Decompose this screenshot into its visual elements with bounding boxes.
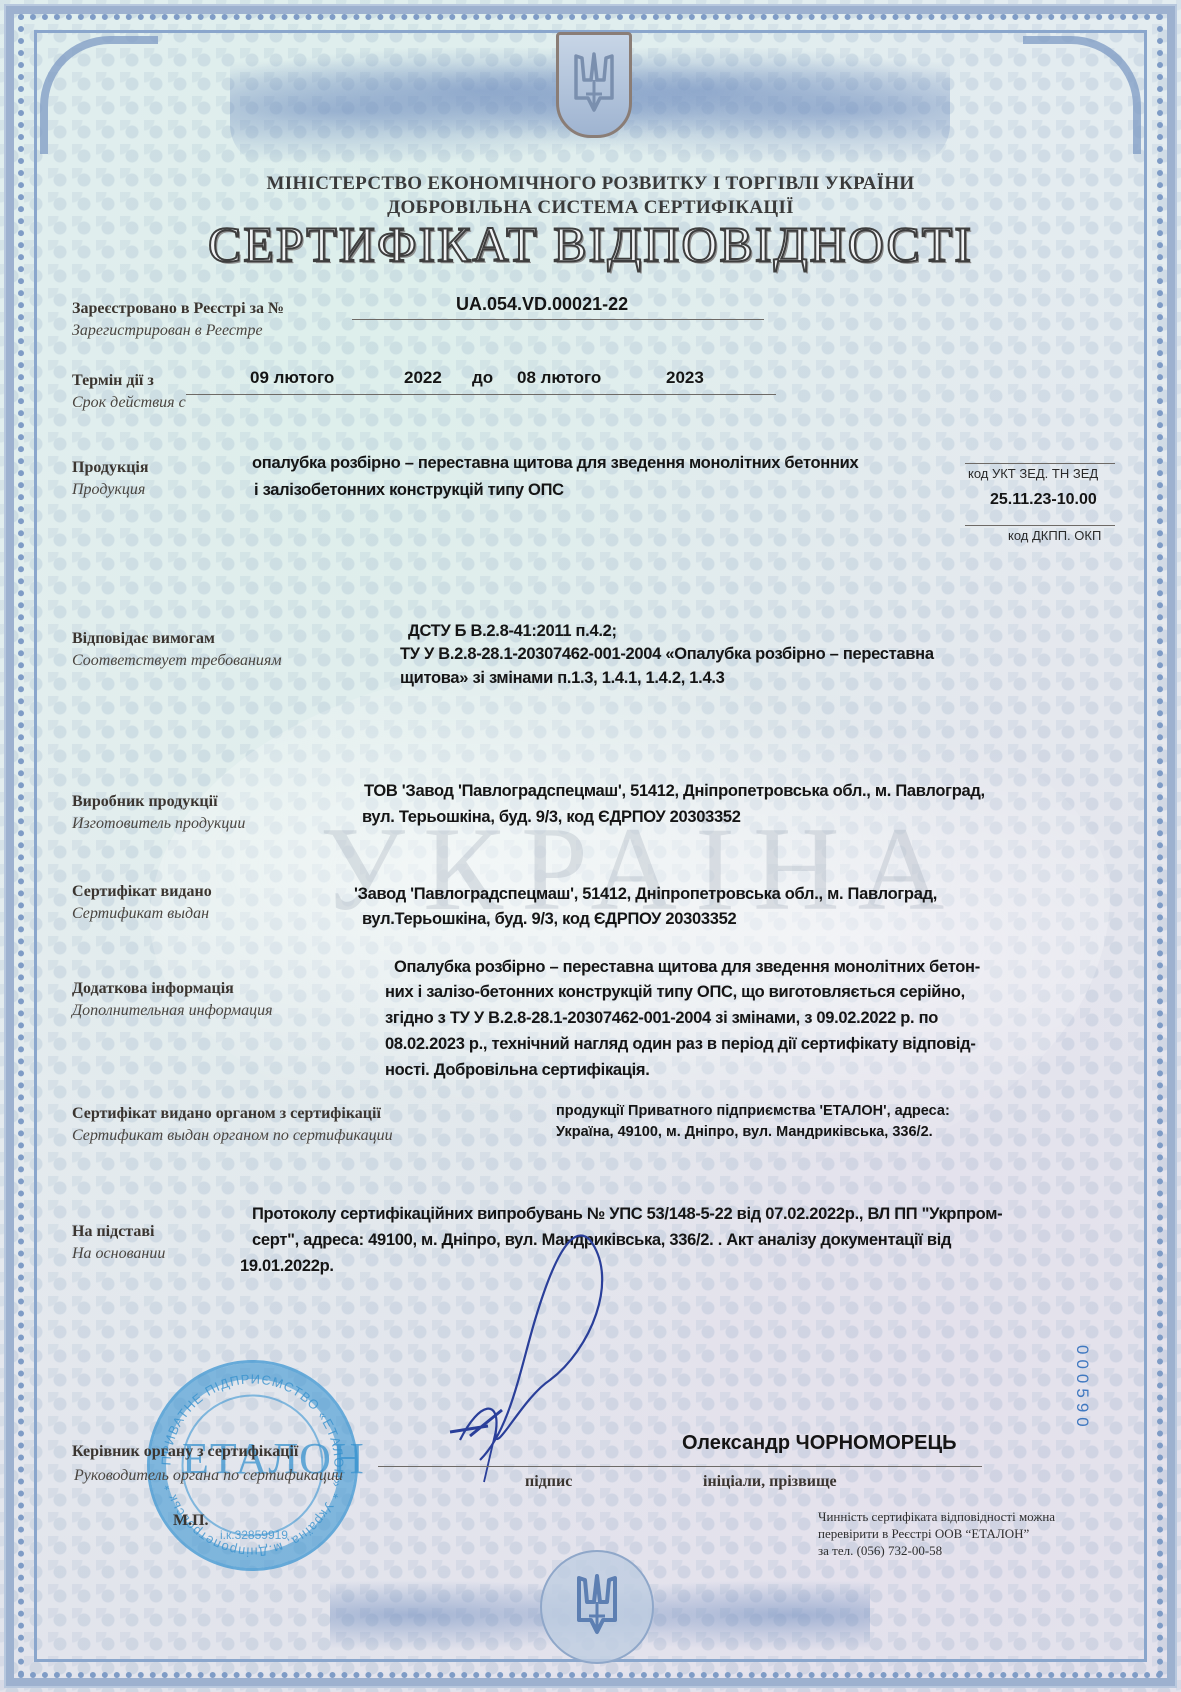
requirements-label-ua: Відповідає вимогам (72, 630, 282, 648)
ukt-code-label: код УКТ ЗЕД. ТН ЗЕД (968, 466, 1098, 481)
additional-info-line-4: 08.02.2023 р., технічний нагляд один раз… (385, 1030, 976, 1058)
verification-note-line-1: Чинність сертифіката відповідності можна (818, 1508, 1055, 1525)
trident-emblem-icon (556, 32, 632, 138)
certificate-sheet: УКРАЇНА МІНІСТЕРСТВО ЕКОНОМІЧНОГО РОЗВИТ… (0, 0, 1181, 1692)
issued-to-label-ua: Сертифікат видано (72, 883, 212, 901)
ministry-header: МІНІСТЕРСТВО ЕКОНОМІЧНОГО РОЗВИТКУ І ТОР… (0, 172, 1181, 220)
validity-from-date: 09 лютого (250, 364, 334, 392)
name-caption: ініціали, прізвище (703, 1473, 837, 1491)
stamp-code-text: і.к.32859919 (220, 1528, 288, 1542)
registry-label-ua: Зареєстровано в Реєстрі за № (72, 300, 284, 318)
ukt-code-line (965, 463, 1115, 464)
head-label-ua: Керівник органу з сертифікації (72, 1443, 343, 1461)
validity-label-ru: Срок действия с (72, 394, 186, 412)
manufacturer-label-ua: Виробник продукції (72, 793, 245, 811)
validity-from-year: 2022 (404, 364, 442, 392)
validity-to-word: до (472, 364, 493, 392)
additional-info-line-2: них і залізо-бетонних конструкцій типу О… (385, 978, 965, 1006)
issuing-body-label: Сертифікат видано органом з сертифікації… (72, 1105, 393, 1145)
verification-note-line-3: за тел. (056) 732-00-58 (818, 1542, 1055, 1559)
product-label-ua: Продукція (72, 459, 149, 477)
verification-note: Чинність сертифіката відповідності можна… (818, 1508, 1055, 1559)
head-name: Олександр ЧОРНОМОРЕЦЬ (682, 1429, 956, 1457)
head-label: Керівник органу з сертифікації Руководит… (72, 1443, 343, 1485)
product-label: Продукція Продукция (72, 459, 149, 499)
registry-underline (352, 319, 764, 320)
requirements-label-ru: Соответствует требованиям (72, 652, 282, 670)
handwritten-signature (440, 1200, 700, 1490)
ministry-name: МІНІСТЕРСТВО ЕКОНОМІЧНОГО РОЗВИТКУ І ТОР… (0, 172, 1181, 196)
validity-underline (186, 394, 776, 395)
requirements-label: Відповідає вимогам Соответствует требова… (72, 630, 282, 670)
registry-number: UA.054.VD.00021-22 (456, 290, 628, 318)
validity-label: Термін дії з Срок действия с (72, 372, 186, 412)
additional-info-line-1: Опалубка розбірно – переставна щитова дл… (394, 953, 980, 981)
manufacturer-line-1: ТОВ 'Завод 'Павлоградспецмаш', 51412, Дн… (364, 777, 985, 805)
issued-to-line-1: 'Завод 'Павлоградспецмаш', 51412, Дніпро… (354, 880, 937, 908)
issued-to-label: Сертифікат видано Сертификат выдан (72, 883, 212, 923)
additional-info-label: Додаткова інформація Дополнительная инфо… (72, 980, 273, 1020)
ukt-code-value: 25.11.23-10.00 (990, 486, 1097, 514)
registry-label-ru: Зарегистрирован в Реестре (72, 322, 284, 340)
issued-to-label-ru: Сертификат выдан (72, 905, 212, 923)
additional-info-line-5: ності. Добровільна сертифікація. (385, 1056, 650, 1084)
issuing-body-label-ru: Сертификат выдан органом по сертификации (72, 1127, 393, 1145)
product-line-2: і залізобетонних конструкцій типу ОПС (254, 476, 564, 504)
dkpp-code-label: код ДКПП. ОКП (1008, 528, 1101, 543)
signature-caption: підпис (525, 1473, 572, 1491)
basis-label: На підставі На основании (72, 1223, 165, 1263)
validity-label-ua: Термін дії з (72, 372, 186, 390)
requirements-line-3: щитова» зі змінами п.1.3, 1.4.1, 1.4.2, … (400, 664, 725, 692)
issued-to-line-2: вул.Терьошкіна, буд. 9/3, код ЄДРПОУ 203… (362, 905, 736, 933)
issuing-body-line-2: Україна, 49100, м. Дніпро, вул. Мандрикі… (556, 1118, 933, 1146)
head-label-ru: Руководитель органа по сертификации (74, 1467, 343, 1485)
signature-underline (378, 1466, 982, 1467)
serial-number: 000590 (1072, 1345, 1092, 1432)
verification-note-line-2: перевірити в Реєстрі ООВ “ЕТАЛОН” (818, 1525, 1055, 1542)
registry-label: Зареєстровано в Реєстрі за № Зарегистрир… (72, 300, 284, 340)
dkpp-code-line (965, 525, 1115, 526)
validity-to-year: 2023 (666, 364, 704, 392)
manufacturer-label-ru: Изготовитель продукции (72, 815, 245, 833)
manufacturer-line-2: вул. Терьошкіна, буд. 9/3, код ЄДРПОУ 20… (362, 803, 741, 831)
additional-info-label-ua: Додаткова інформація (72, 980, 273, 998)
basis-line-3: 19.01.2022р. (240, 1252, 334, 1280)
seal-label: М.П. (173, 1512, 209, 1530)
product-line-1: опалубка розбірно – переставна щитова дл… (252, 449, 858, 477)
manufacturer-label: Виробник продукції Изготовитель продукци… (72, 793, 245, 833)
additional-info-label-ru: Дополнительная информация (72, 1002, 273, 1020)
product-label-ru: Продукция (72, 481, 149, 499)
certificate-title: СЕРТИФІКАТ ВІДПОВІДНОСТІ (0, 215, 1181, 273)
trident-emblem-bottom-icon (540, 1550, 654, 1664)
additional-info-line-3: згідно з ТУ У В.2.8-28.1-20307462-001-20… (385, 1004, 938, 1032)
issuing-body-label-ua: Сертифікат видано органом з сертифікації (72, 1105, 393, 1123)
validity-to-date: 08 лютого (517, 364, 601, 392)
basis-label-ru: На основании (72, 1245, 165, 1263)
basis-label-ua: На підставі (72, 1223, 165, 1241)
